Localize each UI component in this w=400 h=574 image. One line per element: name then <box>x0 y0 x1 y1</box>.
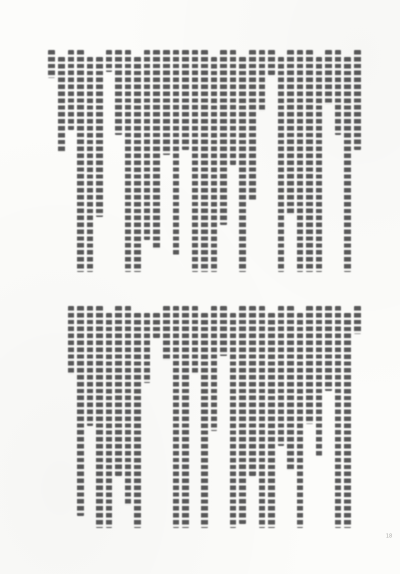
redacted-text-column <box>134 313 141 528</box>
redacted-text-column <box>220 306 227 356</box>
redacted-text-column <box>306 306 313 424</box>
redacted-text-column <box>268 313 275 528</box>
redacted-text-column <box>201 50 208 272</box>
redacted-text-column <box>163 306 170 361</box>
page-number: 18 <box>386 534 392 539</box>
redacted-text-column <box>68 306 75 374</box>
redacted-text-column <box>182 306 189 528</box>
redacted-text-column <box>201 313 208 528</box>
redacted-text-column <box>278 306 285 446</box>
redacted-text-column <box>297 50 304 272</box>
redacted-text-column <box>259 50 266 112</box>
redacted-text-column <box>173 306 180 528</box>
redacted-text-column <box>96 57 103 217</box>
redacted-text-column <box>306 50 313 272</box>
redacted-text-column <box>344 57 351 272</box>
redacted-text-column <box>115 50 122 135</box>
redacted-text-column <box>106 50 113 72</box>
redacted-text-column <box>354 306 361 334</box>
redacted-text-column <box>163 50 170 155</box>
scanned-page: 18 <box>0 0 400 574</box>
redacted-text-column <box>230 50 237 165</box>
redacted-text-column <box>144 313 151 383</box>
redacted-text-column <box>125 306 132 506</box>
redacted-text-column <box>249 50 256 200</box>
redacted-text-column <box>287 50 294 215</box>
redacted-text-column <box>354 50 361 150</box>
redacted-text-column <box>220 50 227 225</box>
redacted-text-column <box>77 50 84 272</box>
redacted-text-column <box>316 57 323 272</box>
redacted-text-column <box>230 313 237 528</box>
redacted-text-column <box>144 50 151 240</box>
redacted-text-column <box>87 306 94 426</box>
redacted-text-column <box>182 50 189 150</box>
redacted-text-column <box>239 306 246 524</box>
redacted-text-column <box>134 57 141 272</box>
redacted-text-column <box>153 50 160 250</box>
redacted-text-column <box>125 50 132 272</box>
redacted-text-columns <box>0 0 400 574</box>
redacted-text-column <box>211 306 218 431</box>
redacted-text-column <box>259 306 266 528</box>
redacted-text-column <box>96 306 103 528</box>
redacted-text-column <box>192 306 199 374</box>
redacted-text-column <box>115 306 122 476</box>
redacted-text-column <box>325 50 332 105</box>
redacted-text-column <box>316 306 323 456</box>
redacted-text-column <box>335 50 342 135</box>
redacted-text-column <box>106 313 113 528</box>
redacted-text-column <box>87 57 94 272</box>
redacted-text-column <box>249 306 256 476</box>
redacted-text-column <box>278 57 285 272</box>
redacted-text-column <box>239 57 246 272</box>
redacted-text-column <box>48 50 55 78</box>
redacted-text-column <box>192 50 199 272</box>
redacted-text-column <box>325 306 332 391</box>
redacted-text-column <box>268 50 275 75</box>
redacted-text-column <box>335 306 342 528</box>
redacted-text-column <box>173 50 180 255</box>
redacted-text-column <box>211 57 218 272</box>
redacted-text-column <box>344 313 351 528</box>
redacted-text-column <box>153 313 160 338</box>
redacted-text-column <box>68 50 75 130</box>
redacted-text-column <box>58 57 65 152</box>
redacted-text-column <box>77 306 84 516</box>
redacted-text-column <box>297 313 304 528</box>
redacted-text-column <box>287 306 294 471</box>
